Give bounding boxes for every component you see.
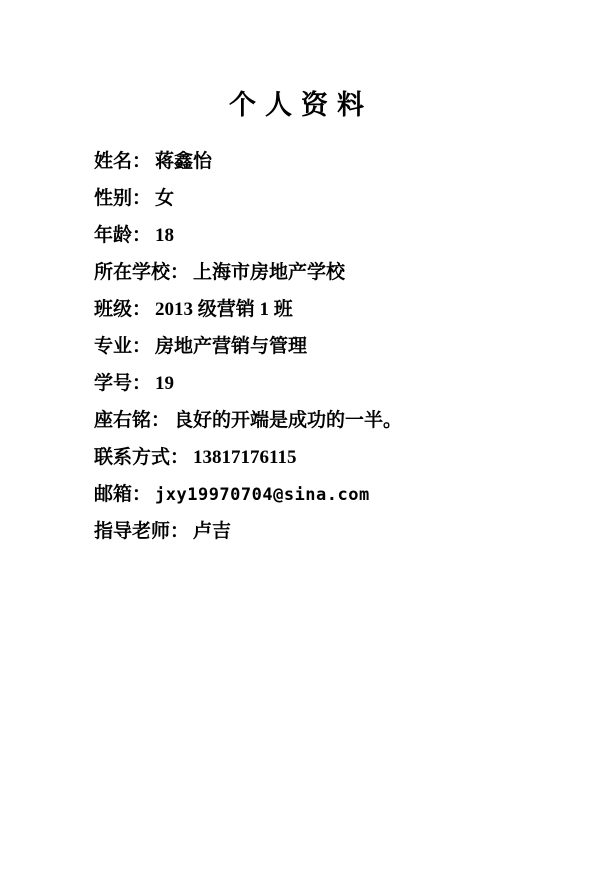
- field-value: 良好的开端是成功的一半。: [174, 402, 402, 439]
- field-label: 座右铭：: [94, 402, 170, 439]
- field-label: 邮箱：: [94, 476, 151, 513]
- field-label: 专业：: [94, 328, 151, 365]
- field-value: 卢吉: [193, 513, 231, 550]
- field-row-class: 班级：2013 级营销 1 班: [94, 291, 542, 328]
- field-row-advisor: 指导老师：卢吉: [94, 513, 542, 550]
- field-row-phone: 联系方式：13817176115: [94, 439, 542, 476]
- field-value: 2013 级营销 1 班: [155, 291, 293, 328]
- field-label: 姓名：: [94, 143, 151, 180]
- field-label: 班级：: [94, 291, 151, 328]
- field-label: 所在学校：: [94, 254, 189, 291]
- field-value: 房地产营销与管理: [155, 328, 307, 365]
- page-title: 个人资料: [0, 0, 602, 122]
- field-label: 指导老师：: [94, 513, 189, 550]
- field-row-major: 专业：房地产营销与管理: [94, 328, 542, 365]
- document-page: 个人资料 姓名：蒋鑫怡 性别：女 年龄：18 所在学校：上海市房地产学校 班级：…: [0, 0, 602, 880]
- field-value: 女: [155, 180, 174, 217]
- field-value: 19: [155, 365, 174, 402]
- field-value: 13817176115: [193, 439, 296, 476]
- field-row-name: 姓名：蒋鑫怡: [94, 143, 542, 180]
- field-label: 联系方式：: [94, 439, 189, 476]
- field-row-school: 所在学校：上海市房地产学校: [94, 254, 542, 291]
- field-row-student-id: 学号：19: [94, 365, 542, 402]
- field-label: 年龄：: [94, 217, 151, 254]
- field-label: 性别：: [94, 180, 151, 217]
- field-value: 18: [155, 217, 174, 254]
- field-value-email: jxy19970704@sina.com: [155, 477, 370, 514]
- field-row-age: 年龄：18: [94, 217, 542, 254]
- field-value: 蒋鑫怡: [155, 143, 212, 180]
- field-row-email: 邮箱：jxy19970704@sina.com: [94, 476, 542, 513]
- profile-fields: 姓名：蒋鑫怡 性别：女 年龄：18 所在学校：上海市房地产学校 班级：2013 …: [94, 143, 542, 550]
- field-label: 学号：: [94, 365, 151, 402]
- field-row-gender: 性别：女: [94, 180, 542, 217]
- field-row-motto: 座右铭：良好的开端是成功的一半。: [94, 402, 542, 439]
- field-value: 上海市房地产学校: [193, 254, 345, 291]
